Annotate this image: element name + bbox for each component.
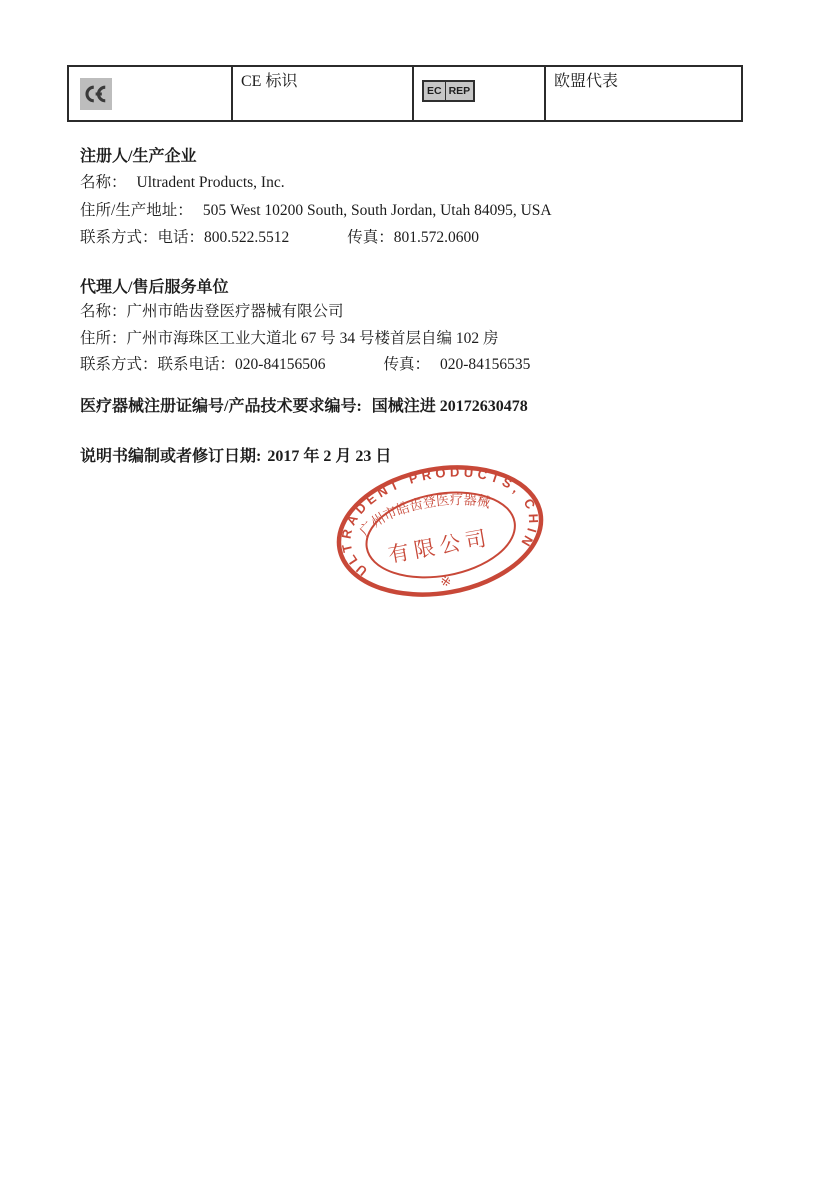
registrant-contact-row: 联系方式：电话：800.522.5512传真：801.572.0600	[80, 227, 479, 248]
ce-mark-icon	[80, 78, 112, 110]
agent-contact-row: 联系方式：联系电话：020-84156506传真：020-84156535	[80, 354, 530, 375]
agent-name-label: 名称：	[80, 303, 127, 320]
eu-rep-label: 欧盟代表	[554, 73, 618, 90]
stamp-company-center-text: 有限公司	[386, 525, 493, 567]
agent-address-label: 住所：	[80, 330, 127, 347]
agent-fax-label: 传真：	[383, 356, 430, 373]
eu-rep-label-cell: 欧盟代表	[544, 67, 741, 120]
revision-date-value: 2017 年 2 月 23 日	[267, 448, 391, 465]
ec-rep-icon-ec: EC	[424, 82, 445, 100]
agent-phone-label: 联系电话：	[158, 356, 236, 373]
registrant-name-label: 名称：	[80, 174, 127, 191]
registrant-fax-value: 801.572.0600	[394, 229, 479, 246]
registrant-name-value: Ultradent Products, Inc.	[137, 174, 285, 191]
agent-fax-value: 020-84156535	[440, 356, 530, 373]
ce-label-cell: CE 标识	[231, 67, 412, 120]
agent-heading: 代理人/售后服务单位	[80, 277, 228, 298]
ce-mark-glyph	[83, 84, 109, 104]
ce-label: CE 标识	[241, 73, 297, 90]
ec-rep-icon-rep: REP	[445, 82, 474, 100]
registrant-phone-value: 800.522.5512	[204, 229, 289, 246]
registration-number-label: 医疗器械注册证编号/产品技术要求编号:	[80, 398, 362, 415]
revision-date-line: 说明书编制或者修订日期:2017 年 2 月 23 日	[80, 446, 391, 467]
agent-name-row: 名称：广州市皓齿登医疗器械有限公司	[80, 301, 344, 322]
registrant-contact-label: 联系方式：	[80, 229, 158, 246]
ecrep-cell: EC REP	[412, 67, 544, 120]
registrant-phone-label: 电话：	[158, 229, 205, 246]
registrant-fax-label: 传真：	[347, 229, 394, 246]
symbols-table: CE 标识 EC REP 欧盟代表	[67, 65, 743, 122]
agent-name-value: 广州市皓齿登医疗器械有限公司	[127, 303, 344, 320]
document-page: CE 标识 EC REP 欧盟代表 注册人/生产企业 名称：Ultradent …	[0, 0, 824, 1200]
revision-date-label: 说明书编制或者修订日期:	[80, 448, 261, 465]
registration-number-line: 医疗器械注册证编号/产品技术要求编号:国械注进 20172630478	[80, 396, 528, 417]
registrant-address-row: 住所/生产地址：505 West 10200 South, South Jord…	[80, 200, 552, 221]
agent-address-row: 住所：广州市海珠区工业大道北 67 号 34 号楼首层自编 102 房	[80, 328, 499, 349]
ce-mark-cell	[69, 67, 231, 120]
registrant-heading: 注册人/生产企业	[80, 146, 196, 167]
agent-address-value: 广州市海珠区工业大道北 67 号 34 号楼首层自编 102 房	[127, 330, 499, 347]
agent-contact-label: 联系方式：	[80, 356, 158, 373]
registrant-name-row: 名称：Ultradent Products, Inc.	[80, 172, 285, 193]
registrant-address-label: 住所/生产地址：	[80, 202, 193, 219]
ec-rep-icon: EC REP	[422, 80, 475, 102]
registrant-address-value: 505 West 10200 South, South Jordan, Utah…	[203, 202, 552, 219]
agent-phone-value: 020-84156506	[235, 356, 325, 373]
stamp-star: ※	[439, 573, 452, 590]
registration-number-value: 国械注进 20172630478	[372, 398, 528, 415]
